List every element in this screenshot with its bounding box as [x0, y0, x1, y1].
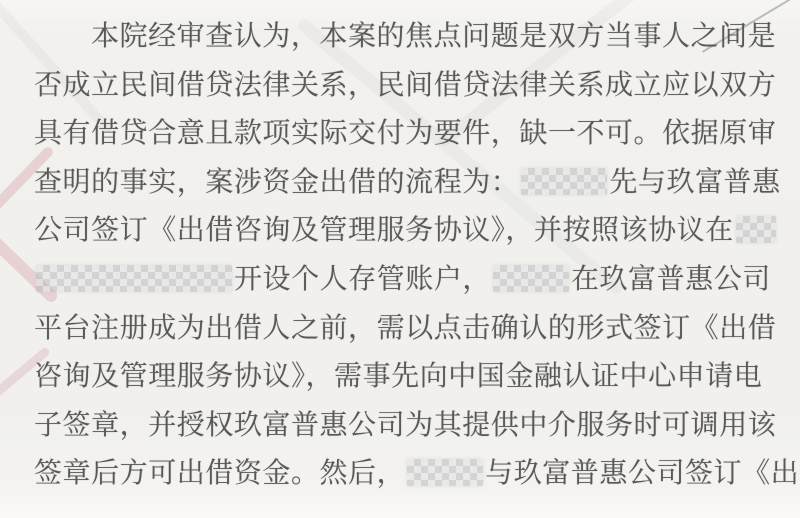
text-segment: 签章后方可出借资金。然后，	[34, 458, 405, 489]
text-line: 否成立民间借贷法律关系，民间借贷法律关系成立应以双方	[34, 62, 784, 111]
text-segment: 本院经审查认为，本案的焦点问题是双方当事人之间是	[91, 21, 776, 52]
text-segment: 咨询及管理服务协议》，需事先向中国金融认证中心申请电	[34, 361, 762, 392]
text-line: 开设个人存管账户，在玖富普惠公司	[34, 256, 784, 305]
text-segment: 子签章，并授权玖富普惠公司为其提供中介服务时可调用该	[34, 410, 776, 441]
judgment-body-text: 本院经审查认为，本案的焦点问题是双方当事人之间是否成立民间借贷法律关系，民间借贷…	[34, 13, 784, 499]
text-segment: 先与玖富普惠	[609, 167, 780, 198]
text-line: 子签章，并授权玖富普惠公司为其提供中介服务时可调用该	[34, 402, 784, 451]
redaction-mosaic	[736, 216, 776, 243]
text-segment: 查明的事实，案涉资金出借的流程为：	[34, 167, 519, 198]
text-segment: 平台注册成为出借人之前，需以点击确认的形式签订《出借	[34, 313, 776, 344]
redaction-mosaic	[521, 168, 607, 195]
text-segment: 公司签订《出借咨询及管理服务协议》，并按照该协议在	[34, 215, 734, 246]
text-line: 查明的事实，案涉资金出借的流程为：先与玖富普惠	[34, 159, 784, 208]
text-line: 具有借贷合意且款项实际交付为要件，缺一不可。依据原审	[34, 110, 784, 159]
text-segment: 开设个人存管账户，	[234, 264, 491, 295]
text-segment: 在玖富普惠公司	[571, 264, 771, 295]
text-segment: 与玖富普惠公司签订《出	[485, 458, 799, 489]
redaction-mosaic	[493, 265, 569, 292]
redaction-mosaic	[36, 265, 232, 292]
text-segment: 否成立民间借贷法律关系，民间借贷法律关系成立应以双方	[34, 70, 776, 101]
text-segment: 具有借贷合意且款项实际交付为要件，缺一不可。依据原审	[34, 118, 776, 149]
text-line: 平台注册成为出借人之前，需以点击确认的形式签订《出借	[34, 305, 784, 354]
redaction-mosaic	[407, 459, 483, 486]
text-line: 公司签订《出借咨询及管理服务协议》，并按照该协议在	[34, 207, 784, 256]
text-line: 本院经审查认为，本案的焦点问题是双方当事人之间是	[34, 13, 784, 62]
scanned-court-document-page: 本院经审查认为，本案的焦点问题是双方当事人之间是否成立民间借贷法律关系，民间借贷…	[0, 0, 800, 518]
text-line: 签章后方可出借资金。然后，与玖富普惠公司签订《出	[34, 450, 784, 499]
text-line: 咨询及管理服务协议》，需事先向中国金融认证中心申请电	[34, 353, 784, 402]
